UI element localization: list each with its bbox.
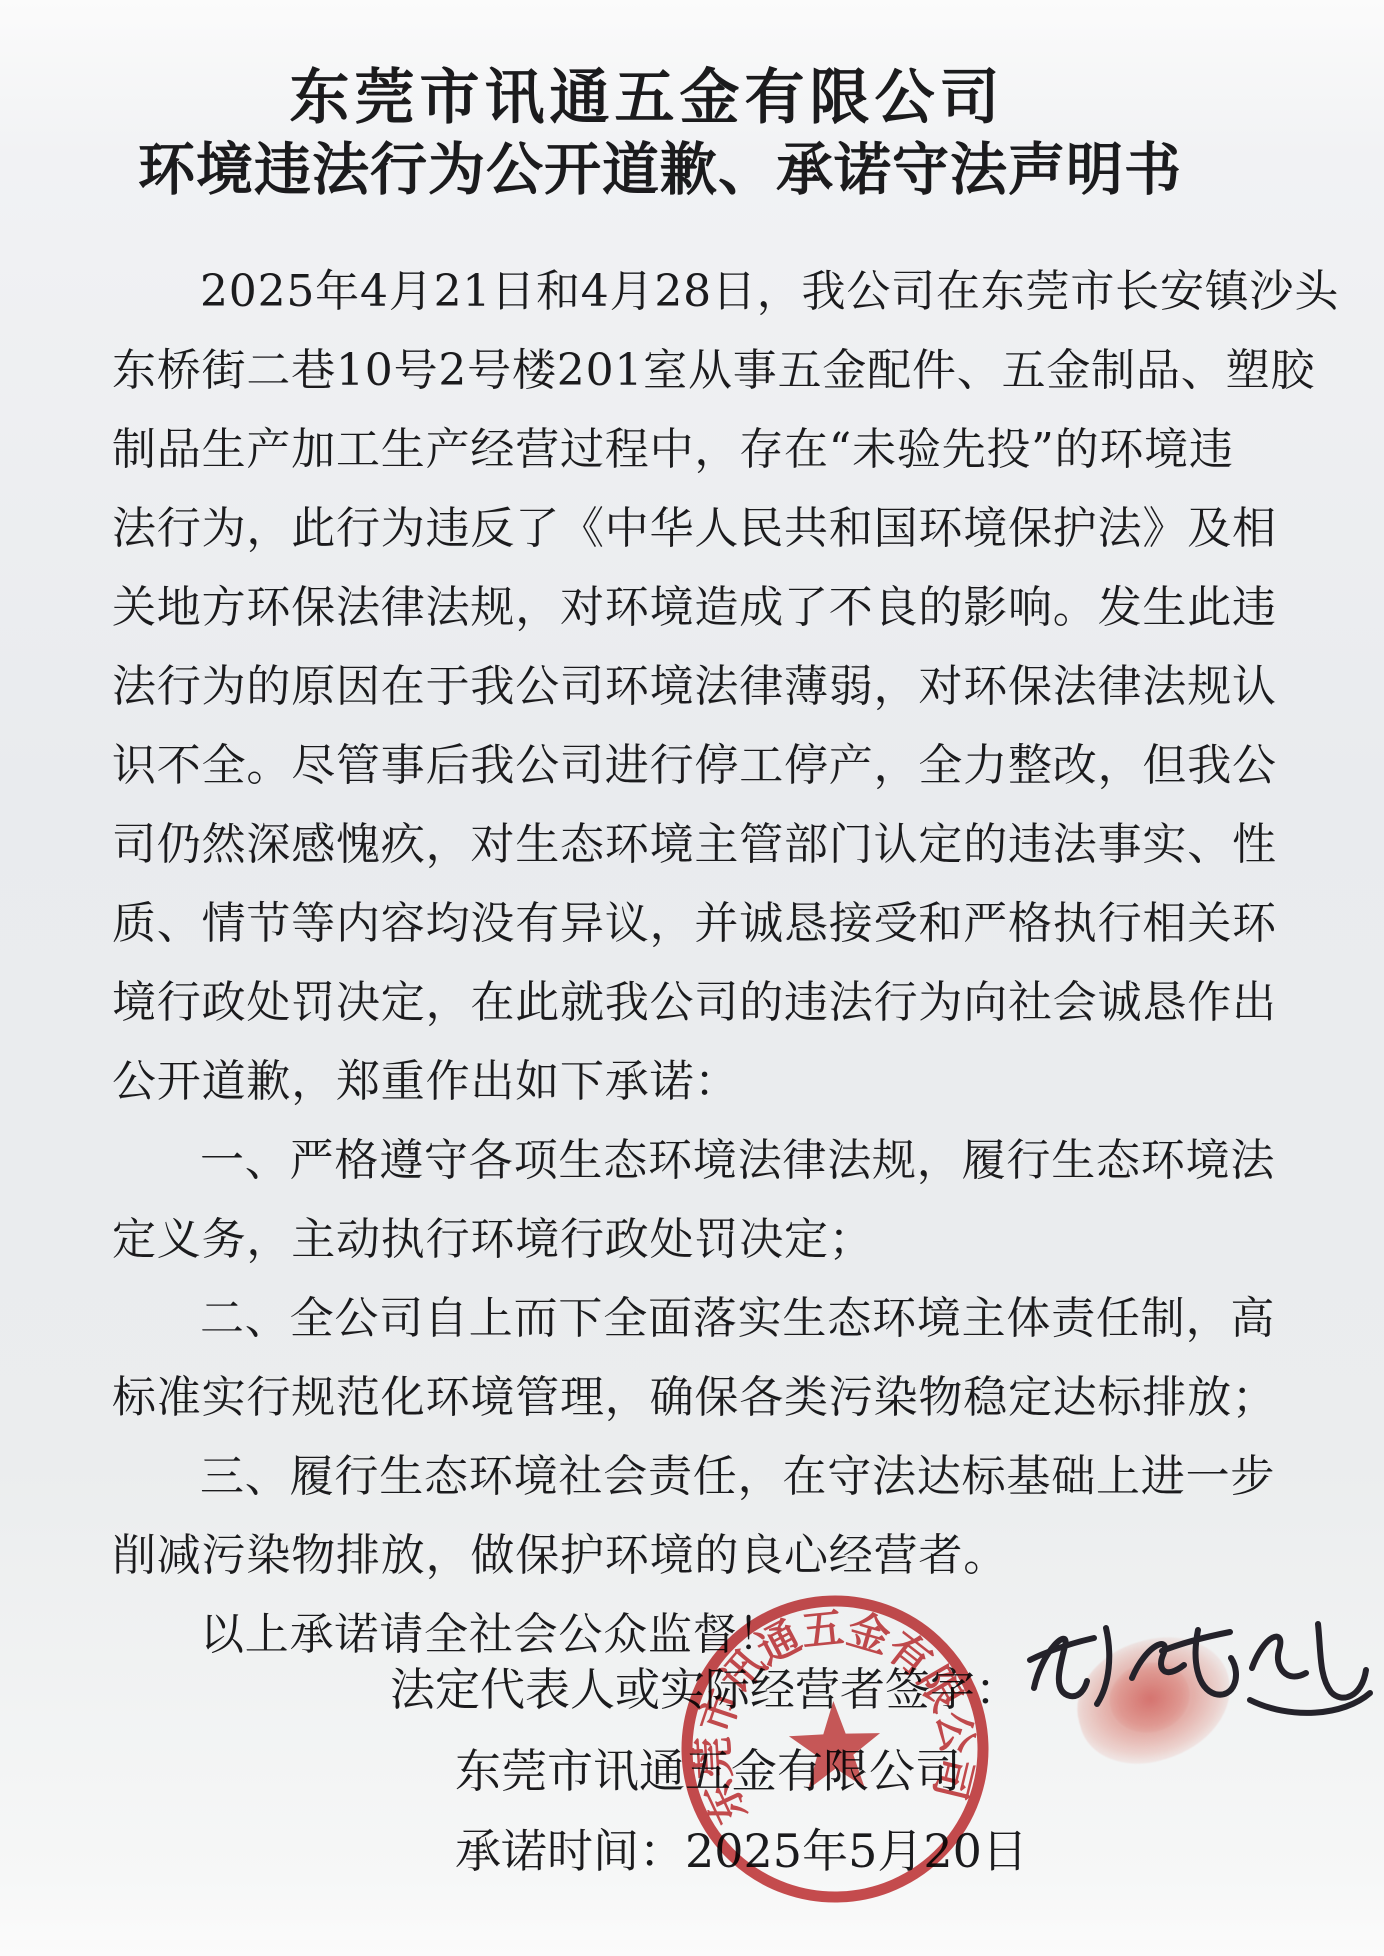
- body-text-line: 一、严格遵守各项生态环境法律法规，履行生态环境法: [112, 1121, 1280, 1200]
- body-text-line: 制品生产加工生产经营过程中，存在“未验先投”的环境违: [112, 410, 1280, 489]
- body-text-line: 法行为，此行为违反了《中华人民共和国环境保护法》及相: [112, 489, 1280, 568]
- body-text-line: 法行为的原因在于我公司环境法律薄弱，对环保法律法规认: [112, 647, 1280, 726]
- body-text-line: 削减污染物排放，做保护环境的良心经营者。: [112, 1516, 1280, 1595]
- company-seal: 东莞市讯通五金有限公司: [670, 1584, 1001, 1915]
- body-text-line: 二、全公司自上而下全面落实生态环境主体责任制，高: [112, 1279, 1280, 1358]
- body-text-line: 东桥街二巷10号2号楼201室从事五金配件、五金制品、塑胶: [112, 331, 1280, 410]
- document-title-subject: 环境违法行为公开道歉、承诺守法声明书: [0, 124, 1320, 206]
- body-text-line: 识不全。尽管事后我公司进行停工停产，全力整改，但我公: [112, 726, 1280, 805]
- seal-star: [788, 1699, 882, 1789]
- handwritten-signature: 邱艳凯: [1012, 1598, 1380, 1748]
- body-text-line: 质、情节等内容均没有异议，并诚恳接受和严格执行相关环: [112, 884, 1280, 963]
- body-text-line: 司仍然深感愧疚，对生态环境主管部门认定的违法事实、性: [112, 805, 1280, 884]
- body-text-line: 关地方环保法律法规，对环境造成了不良的影响。发生此违: [112, 568, 1280, 647]
- body-text-line: 标准实行规范化环境管理，确保各类污染物稳定达标排放；: [112, 1358, 1280, 1437]
- signature-strokes-svg: [1012, 1598, 1380, 1748]
- body-text-line: 定义务，主动执行环境行政处罚决定；: [112, 1200, 1280, 1279]
- body-text-line: 2025年4月21日和4月28日，我公司在东莞市长安镇沙头: [112, 252, 1280, 331]
- body-text-line: 公开道歉，郑重作出如下承诺：: [112, 1042, 1280, 1121]
- body-text-line: 三、履行生态环境社会责任，在守法达标基础上进一步: [112, 1437, 1280, 1516]
- body-text-line: 境行政处罚决定，在此就我公司的违法行为向社会诚恳作出: [112, 963, 1280, 1042]
- scanned-document-page: 东莞市讯通五金有限公司 环境违法行为公开道歉、承诺守法声明书 2025年4月21…: [0, 0, 1384, 1956]
- body-text: 2025年4月21日和4月28日，我公司在东莞市长安镇沙头东桥街二巷10号2号楼…: [112, 252, 1280, 1674]
